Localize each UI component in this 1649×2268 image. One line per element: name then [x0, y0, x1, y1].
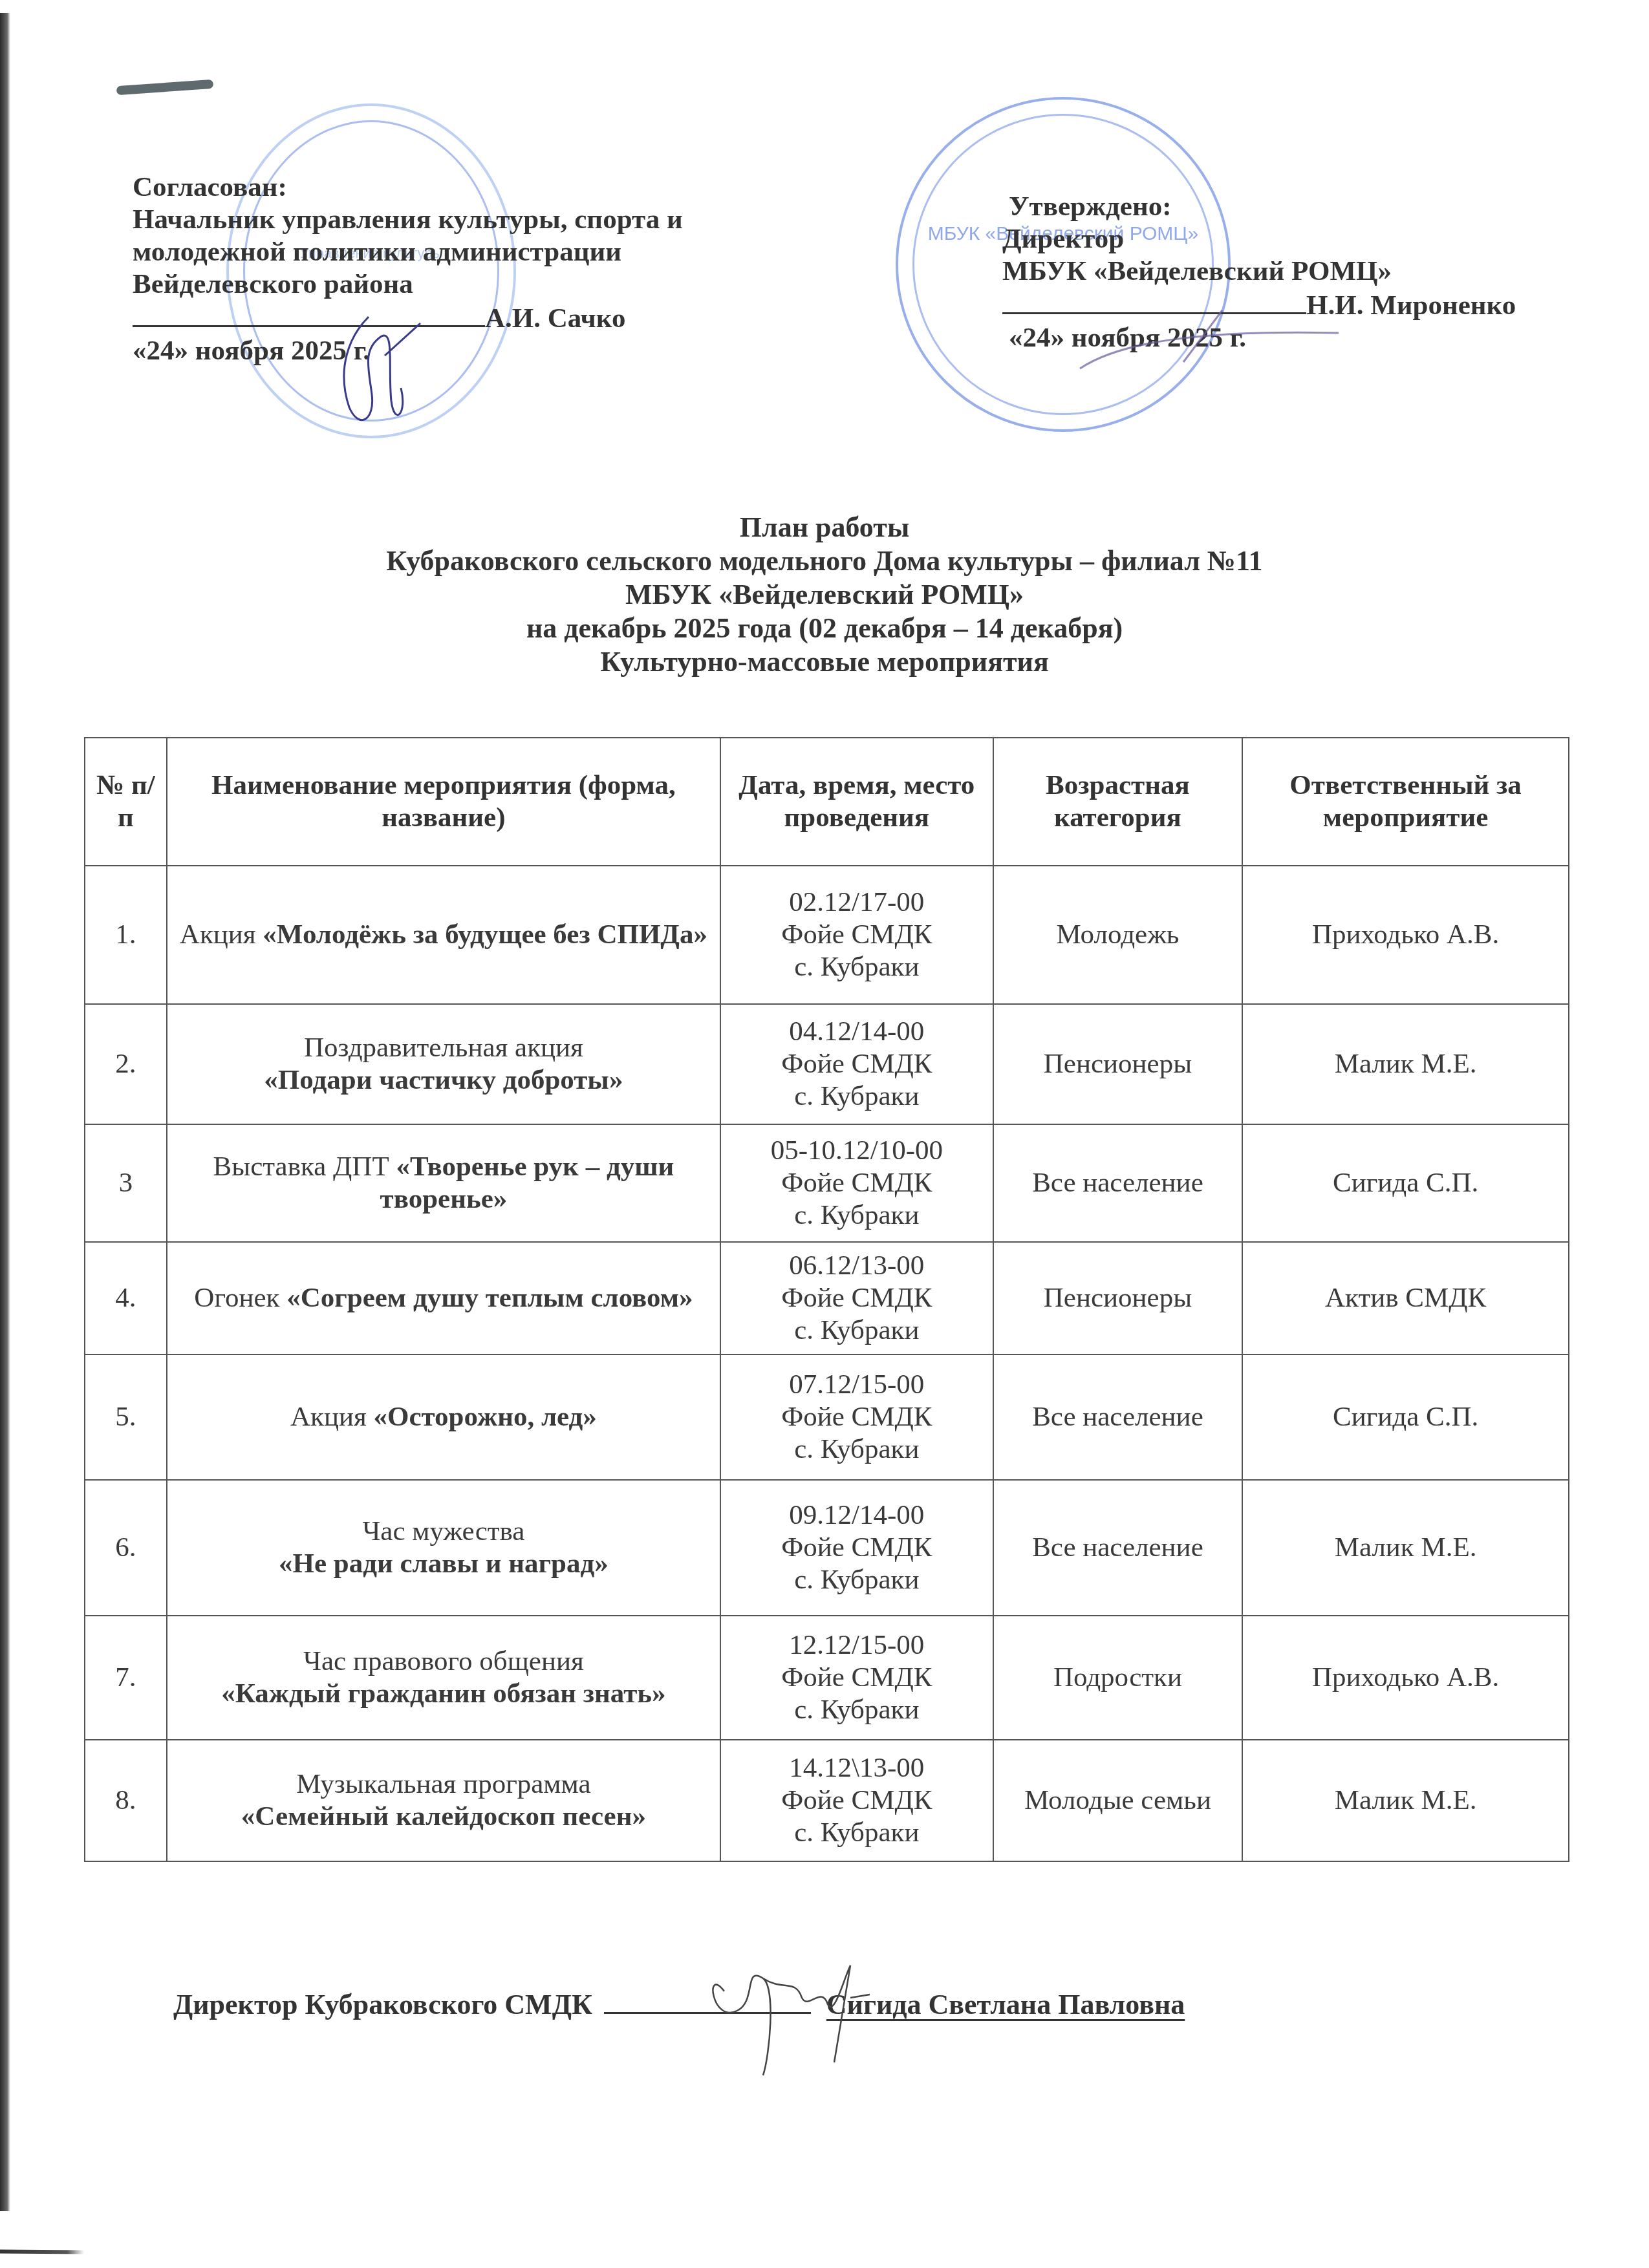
cell-num: 6. [85, 1480, 167, 1616]
table-row: 8. Музыкальная программа«Семейный калейд… [85, 1740, 1569, 1861]
table-header-row: № п/п Наименование мероприятия (форма, н… [85, 738, 1569, 866]
scan-edge-artifact-bottom [0, 2250, 84, 2254]
event-place: Фойе СМДК [725, 1048, 989, 1080]
footer-name: Сигида Светлана Павловна [826, 1989, 1185, 2020]
cell-num: 4. [85, 1242, 167, 1354]
event-title: «Молодёжь за будущее без СПИДа» [263, 919, 707, 950]
approval-left-signature-row: А.И. Сачко [133, 301, 683, 335]
approval-left-signer: А.И. Сачко [485, 303, 626, 334]
cell-age-category: Все население [993, 1354, 1243, 1480]
header-age: Возрастная категория [993, 738, 1243, 866]
event-village: с. Кубраки [725, 1199, 989, 1232]
title-line-5: Культурно-массовые мероприятия [0, 645, 1649, 679]
cell-responsible: Приходько А.В. [1242, 866, 1569, 1004]
event-datetime: 04.12/14-00 [725, 1016, 989, 1048]
cell-event-name: Акция «Осторожно, лед» [167, 1354, 720, 1480]
cell-age-category: Молодые семьи [993, 1740, 1243, 1861]
cell-date-place: 14.12\13-00Фойе СМДКс. Кубраки [720, 1740, 993, 1861]
event-form: Час правового общения [171, 1645, 716, 1678]
cell-event-name: Музыкальная программа«Семейный калейдоск… [167, 1740, 720, 1861]
cell-num: 2. [85, 1004, 167, 1124]
cell-age-category: Пенсионеры [993, 1242, 1243, 1354]
event-village: с. Кубраки [725, 1314, 989, 1347]
event-village: с. Кубраки [725, 951, 989, 983]
cell-date-place: 02.12/17-00Фойе СМДКс. Кубраки [720, 866, 993, 1004]
cell-event-name: Поздравительная акция«Подари частичку до… [167, 1004, 720, 1124]
staple-mark [116, 80, 214, 95]
cell-date-place: 09.12/14-00Фойе СМДКс. Кубраки [720, 1480, 993, 1616]
cell-num: 3 [85, 1124, 167, 1242]
approval-left-heading: Согласован: [133, 171, 683, 204]
header-num: № п/п [85, 738, 167, 866]
cell-event-name: Акция «Молодёжь за будущее без СПИДа» [167, 866, 720, 1004]
approval-left-line-3: Вейделевского района [133, 268, 683, 301]
cell-date-place: 07.12/15-00Фойе СМДКс. Кубраки [720, 1354, 993, 1480]
event-form: Акция [180, 919, 263, 950]
cell-responsible: Малик М.Е. [1242, 1480, 1569, 1616]
approval-right-block: Утверждено: Директор МБУК «Вейделевский … [1002, 191, 1516, 354]
approval-right-organization: МБУК «Вейделевский РОМЦ» [1002, 255, 1516, 288]
cell-responsible: Приходько А.В. [1242, 1616, 1569, 1740]
events-table: № п/п Наименование мероприятия (форма, н… [84, 737, 1569, 1862]
cell-responsible: Сигида С.П. [1242, 1124, 1569, 1242]
event-datetime: 07.12/15-00 [725, 1369, 989, 1401]
event-village: с. Кубраки [725, 1694, 989, 1726]
cell-responsible: Малик М.Е. [1242, 1004, 1569, 1124]
cell-responsible: Малик М.Е. [1242, 1740, 1569, 1861]
event-datetime: 05-10.12/10-00 [725, 1135, 989, 1167]
event-title: «Творенье рук – души творенье» [380, 1151, 674, 1214]
table-row: 3 Выставка ДПТ «Творенье рук – души твор… [85, 1124, 1569, 1242]
cell-age-category: Все население [993, 1124, 1243, 1242]
event-title: «Осторожно, лед» [374, 1402, 597, 1432]
title-line-4: на декабрь 2025 года (02 декабря – 14 де… [0, 612, 1649, 645]
scan-edge-artifact [0, 13, 10, 2211]
table-row: 7. Час правового общения«Каждый граждани… [85, 1616, 1569, 1740]
event-place: Фойе СМДК [725, 1532, 989, 1564]
footer-signature: Директор Кубраковского СМДКСигида Светла… [173, 1988, 1185, 2021]
event-form: Музыкальная программа [171, 1768, 716, 1801]
table-row: 6. Час мужества«Не ради славы и наград» … [85, 1480, 1569, 1616]
event-title: «Не ради славы и наград» [279, 1548, 609, 1579]
table-row: 4. Огонек «Согреем душу теплым словом» 0… [85, 1242, 1569, 1354]
cell-responsible: Актив СМДК [1242, 1242, 1569, 1354]
event-place: Фойе СМДК [725, 1167, 989, 1199]
cell-age-category: Молодежь [993, 866, 1243, 1004]
approval-right-signer: Н.И. Мироненко [1306, 290, 1516, 321]
cell-event-name: Огонек «Согреем душу теплым словом» [167, 1242, 720, 1354]
header-name: Наименование мероприятия (форма, названи… [167, 738, 720, 866]
header-responsible: Ответственный за мероприятие [1242, 738, 1569, 866]
event-form: Выставка ДПТ [213, 1151, 396, 1182]
cell-event-name: Выставка ДПТ «Творенье рук – души творен… [167, 1124, 720, 1242]
title-line-3: МБУК «Вейделевский РОМЦ» [0, 578, 1649, 612]
cell-responsible: Сигида С.П. [1242, 1354, 1569, 1480]
event-title: «Семейный калейдоскоп песен» [241, 1801, 646, 1832]
approval-left-block: Согласован: Начальник управления культур… [133, 171, 683, 367]
approval-right-signature-row: Н.И. Мироненко [1002, 288, 1516, 322]
header-date: Дата, время, место проведения [720, 738, 993, 866]
title-line-2: Кубраковского сельского модельного Дома … [0, 544, 1649, 578]
cell-date-place: 04.12/14-00Фойе СМДКс. Кубраки [720, 1004, 993, 1124]
cell-age-category: Пенсионеры [993, 1004, 1243, 1124]
approval-left-date: «24» ноября 2025 г. [133, 335, 683, 367]
event-title: «Каждый гражданин обязан знать» [221, 1678, 665, 1709]
approval-right-date: «24» ноября 2025 г. [1002, 322, 1516, 354]
event-datetime: 12.12/15-00 [725, 1629, 989, 1662]
cell-num: 7. [85, 1616, 167, 1740]
event-datetime: 06.12/13-00 [725, 1250, 989, 1282]
cell-event-name: Час правового общения«Каждый гражданин о… [167, 1616, 720, 1740]
cell-num: 1. [85, 866, 167, 1004]
event-title: «Подари частичку доброты» [264, 1065, 623, 1095]
table-row: 1. Акция «Молодёжь за будущее без СПИДа»… [85, 866, 1569, 1004]
event-title: «Согреем душу теплым словом» [286, 1283, 693, 1313]
event-datetime: 09.12/14-00 [725, 1499, 989, 1532]
table-row: 5. Акция «Осторожно, лед» 07.12/15-00Фой… [85, 1354, 1569, 1480]
event-form: Поздравительная акция [171, 1032, 716, 1064]
cell-age-category: Подростки [993, 1616, 1243, 1740]
event-datetime: 14.12\13-00 [725, 1752, 989, 1784]
event-village: с. Кубраки [725, 1433, 989, 1466]
document-title: План работы Кубраковского сельского моде… [0, 511, 1649, 679]
signature-line [133, 301, 485, 327]
approval-left-line-1: Начальник управления культуры, спорта и [133, 204, 683, 236]
event-place: Фойе СМДК [725, 1401, 989, 1433]
event-village: с. Кубраки [725, 1564, 989, 1596]
cell-date-place: 12.12/15-00Фойе СМДКс. Кубраки [720, 1616, 993, 1740]
cell-date-place: 06.12/13-00Фойе СМДКс. Кубраки [720, 1242, 993, 1354]
approval-left-line-2: молодежной политики администрации [133, 236, 683, 268]
event-place: Фойе СМДК [725, 1784, 989, 1817]
table-row: 2. Поздравительная акция«Подари частичку… [85, 1004, 1569, 1124]
event-form: Час мужества [171, 1515, 716, 1548]
event-village: с. Кубраки [725, 1817, 989, 1849]
approval-right-heading: Утверждено: [1002, 191, 1516, 223]
event-datetime: 02.12/17-00 [725, 886, 989, 919]
cell-age-category: Все население [993, 1480, 1243, 1616]
event-form: Огонек [194, 1283, 286, 1313]
footer-position: Директор Кубраковского СМДК [173, 1989, 592, 2020]
event-place: Фойе СМДК [725, 919, 989, 951]
cell-event-name: Час мужества«Не ради славы и наград» [167, 1480, 720, 1616]
signature-line [1002, 288, 1306, 314]
event-place: Фойе СМДК [725, 1662, 989, 1694]
event-village: с. Кубраки [725, 1080, 989, 1113]
event-place: Фойе СМДК [725, 1282, 989, 1314]
approval-right-position: Директор [1002, 223, 1516, 255]
cell-num: 8. [85, 1740, 167, 1861]
signature-line [604, 2012, 811, 2014]
cell-date-place: 05-10.12/10-00Фойе СМДКс. Кубраки [720, 1124, 993, 1242]
title-line-1: План работы [0, 511, 1649, 544]
cell-num: 5. [85, 1354, 167, 1480]
event-form: Акция [290, 1402, 374, 1432]
